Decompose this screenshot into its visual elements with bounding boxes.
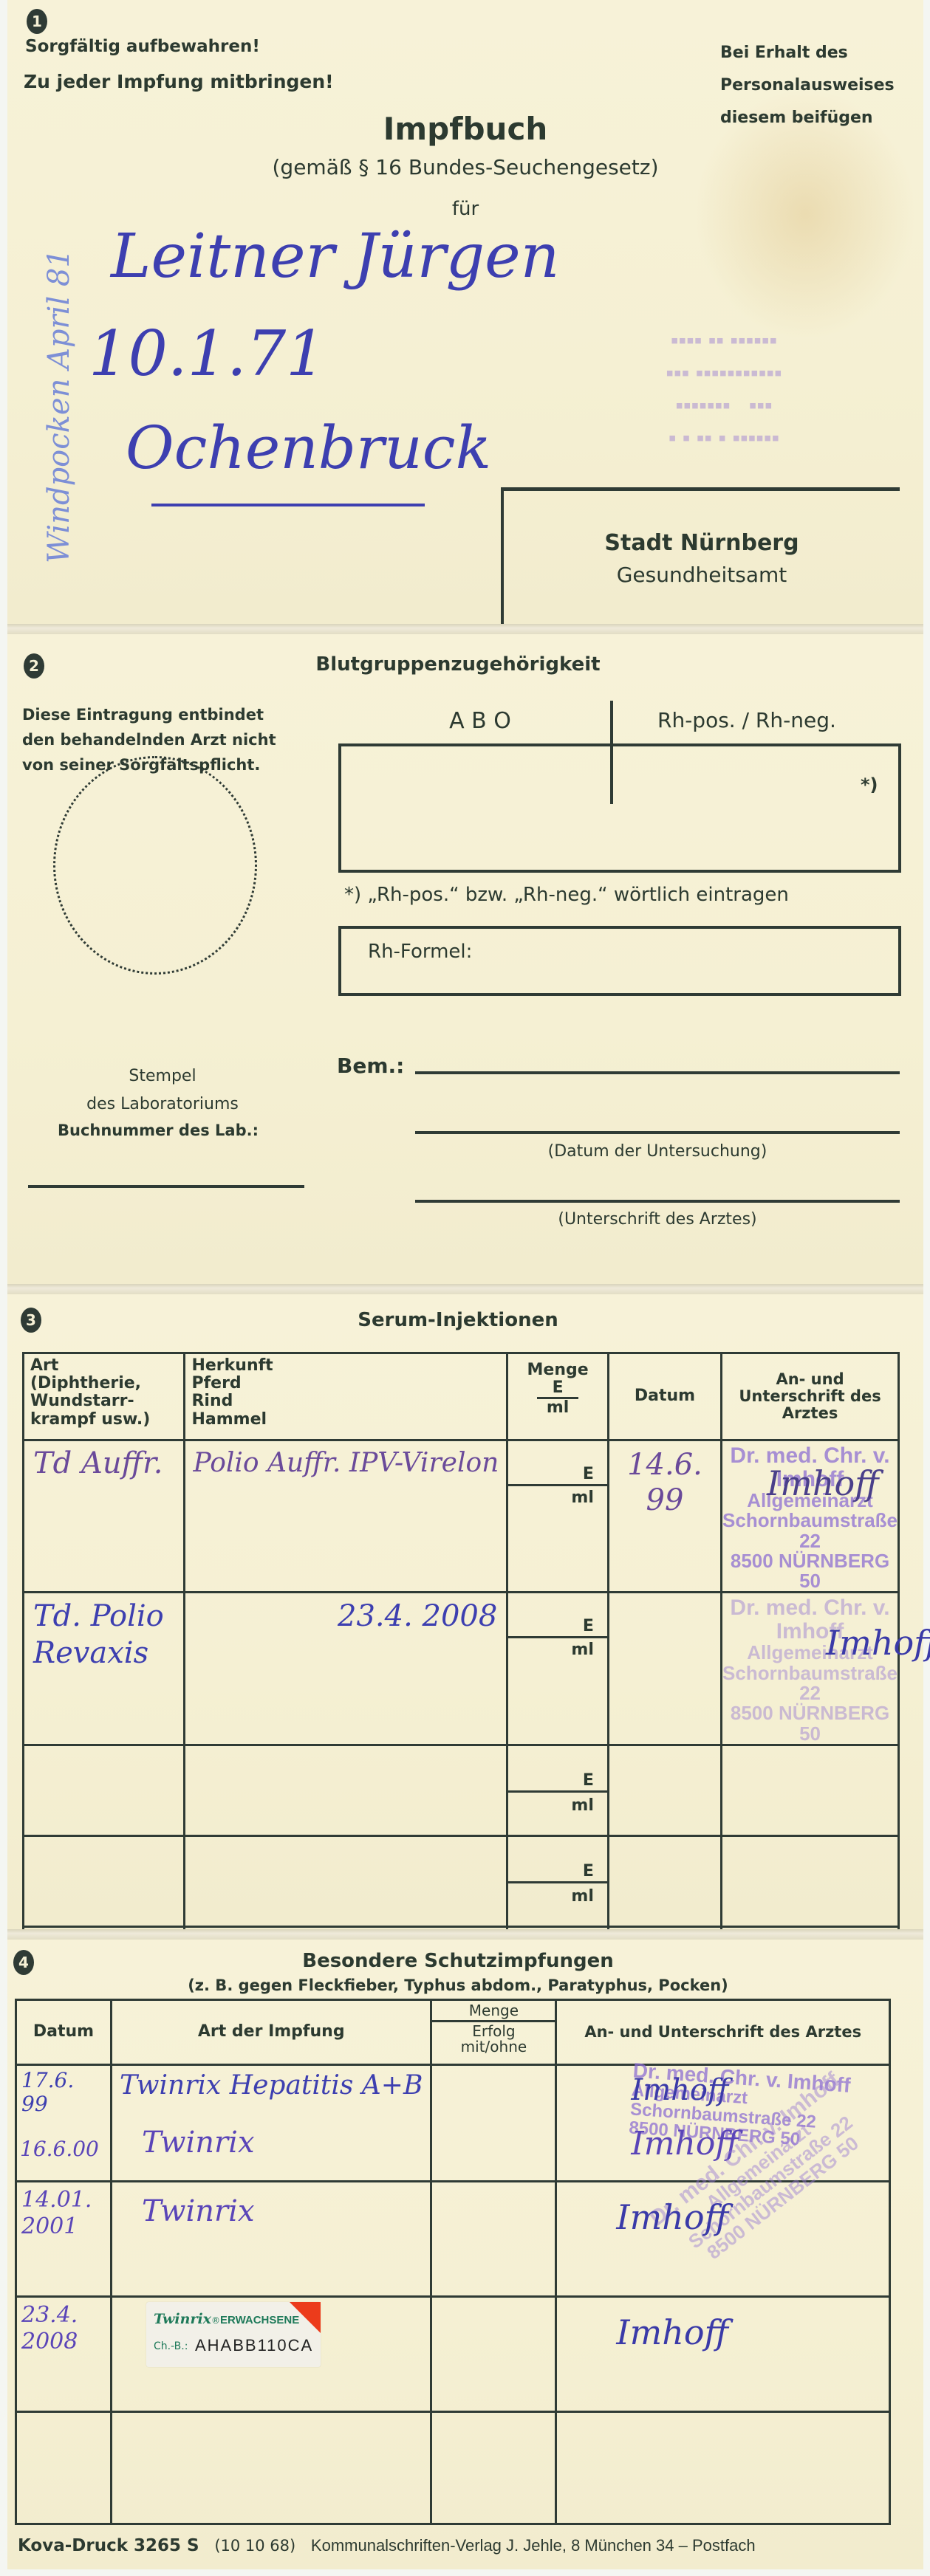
doctor-stamp: Dr. med. Chr. v. Imhoff Allgemeinarzt Sc… — [722, 1593, 897, 1743]
id-card-note-line: Bei Erhalt des — [720, 37, 895, 69]
id-card-note-line: Personalausweises — [720, 69, 895, 102]
label-batch-number: AHABB110CA — [195, 2336, 313, 2355]
label-batch-caption: Ch.-B.: — [154, 2340, 188, 2352]
cell-datum[interactable]: 23.4. 2008 — [16, 2297, 112, 2412]
keep-safe-notice: Sorgfältig aufbewahren! — [25, 37, 260, 56]
section-title: Blutgruppenzugehörigkeit — [288, 653, 628, 676]
abo-label: A B O — [406, 708, 554, 734]
doctor-signature: Imhoff — [616, 2197, 728, 2237]
doctor-signature: Imhoff — [826, 1623, 930, 1663]
label-brand: Twinrix — [154, 2311, 211, 2327]
table-row: E ml — [24, 1745, 899, 1835]
section-title: Serum-Injektionen — [288, 1309, 628, 1331]
rh-label: Rh-pos. / Rh-neg. — [657, 708, 836, 732]
bring-along-notice: Zu jeder Impfung mitbringen! — [24, 71, 334, 92]
stamp-line: 8500 NÜRNBERG 50 — [722, 1551, 897, 1592]
cell-datum[interactable] — [16, 2412, 112, 2524]
fold-line — [7, 624, 923, 634]
rh-formula-label: Rh-Formel: — [368, 941, 472, 963]
unit-ml: ml — [571, 1887, 593, 1906]
doctor-signature: Imhoff — [767, 1463, 879, 1503]
holder-name: Leitner Jürgen — [111, 221, 559, 292]
table-row: 14.01. 2001 Twinrix Dr. med. Chr. v. Imh… — [16, 2182, 890, 2297]
art-value-2: Twinrix — [112, 2105, 430, 2160]
cell-erfolg[interactable] — [431, 2065, 556, 2182]
edition-date: (10 10 68) — [214, 2537, 295, 2555]
vaccination-booklet: 1 Sorgfältig aufbewahren! Zu jeder Impfu… — [7, 0, 923, 2569]
remarks-label: Bem.: — [337, 1054, 404, 1078]
doctor-signature-line[interactable] — [415, 1200, 900, 1203]
lab-number-line[interactable] — [28, 1185, 304, 1188]
cell-datum[interactable] — [608, 1745, 721, 1835]
art-value: Td Auffr. — [24, 1441, 183, 1486]
lab-stamp-label-line: Stempel — [22, 1062, 303, 1090]
cell-arzt[interactable]: Dr. med. Chr. v. Imhoff Allgemeinarzt Sc… — [722, 1440, 899, 1593]
authority-city: Stadt Nürnberg — [524, 530, 879, 556]
stamp-line: Schornbaumstraße 22 — [722, 1511, 897, 1551]
cell-art[interactable] — [24, 1835, 185, 1926]
section-cover: 1 Sorgfältig aufbewahren! Zu jeder Impfu… — [7, 0, 923, 624]
section-serum-injections: 3 Serum-Injektionen Art (Diphtherie, Wun… — [7, 1294, 923, 1929]
cell-herkunft[interactable] — [185, 1835, 507, 1926]
cell-menge[interactable]: E ml — [507, 1440, 609, 1593]
label-product: Twinrix®ERWACHSENE — [154, 2311, 299, 2327]
header-menge-ml: ml — [508, 1399, 607, 1417]
id-card-note-line: diesem beifügen — [720, 102, 895, 134]
header-menge: Menge E ml — [507, 1353, 609, 1440]
side-note-chickenpox: Windpocken April 81 — [42, 238, 76, 563]
stamp-line: Schornbaumstraße 22 — [722, 1663, 897, 1704]
section-number-badge: 4 — [13, 1950, 34, 1975]
cell-art[interactable]: Td. Polio Revaxis — [24, 1593, 185, 1745]
menge-divider — [508, 1636, 607, 1638]
rh-asterisk: *) — [861, 774, 878, 795]
table-header-row: Art (Diphtherie, Wundstarr- krampf usw.)… — [24, 1353, 899, 1440]
authority-box-left — [501, 487, 504, 624]
cell-datum[interactable] — [608, 1593, 721, 1745]
cell-arzt[interactable]: Imhoff — [556, 2297, 890, 2412]
cell-erfolg[interactable] — [431, 2297, 556, 2412]
cell-arzt[interactable] — [556, 2412, 890, 2524]
unit-e: E — [583, 1862, 594, 1881]
lab-stamp-label-line: des Laboratoriums — [22, 1090, 303, 1119]
exam-date-line[interactable] — [415, 1131, 900, 1134]
cell-datum[interactable]: 14.6. 99 — [608, 1440, 721, 1593]
label-variant: ERWACHSENE — [220, 2314, 299, 2326]
herkunft-value: Polio Auffr. IPV-Virelon — [185, 1441, 506, 1486]
header-art: Art der Impfung — [112, 2000, 431, 2065]
herkunft-value: 23.4. 2008 — [185, 1593, 506, 1639]
doctor-signature-caption: (Unterschrift des Arztes) — [415, 1210, 900, 1229]
cell-art[interactable]: Twinrix Hepatitis A+B Twinrix — [112, 2065, 431, 2182]
datum-value: 17.6. 99 — [17, 2066, 110, 2119]
cell-art[interactable]: Twinrix — [112, 2182, 431, 2297]
cell-menge[interactable]: E ml — [507, 1835, 609, 1926]
document-title: Impfbuch — [303, 111, 628, 147]
cell-herkunft[interactable]: 23.4. 2008 — [185, 1593, 507, 1745]
cell-art[interactable] — [24, 1745, 185, 1835]
cell-arzt[interactable] — [722, 1835, 899, 1926]
doctor-signature: Imhoff — [631, 2073, 728, 2107]
header-menge-erfolg: Menge Erfolg mit/ohne — [431, 2000, 556, 2065]
header-arzt: An- und Unterschrift des Arztes — [722, 1353, 899, 1440]
cell-datum[interactable]: 14.01. 2001 — [16, 2182, 112, 2297]
table-row — [16, 2412, 890, 2524]
section-title: Besondere Schutzimpfungen — [229, 1950, 687, 1972]
faded-stamp: ▪▪▪▪ ▪▪ ▪▪▪▪▪▪▪▪▪ ▪▪▪▪▪▪▪▪▪▪▪▪▪▪▪▪▪▪ ▪▪▪… — [539, 325, 909, 455]
cell-datum[interactable] — [608, 1835, 721, 1926]
cell-herkunft[interactable] — [185, 1745, 507, 1835]
menge-divider — [508, 1484, 607, 1486]
header-arzt: An- und Unterschrift des Arztes — [556, 2000, 890, 2065]
holder-birthdate: 10.1.71 — [89, 317, 326, 390]
table-header-row: Datum Art der Impfung Menge Erfolg mit/o… — [16, 2000, 890, 2065]
art-value: Twinrix Hepatitis A+B — [112, 2066, 430, 2105]
header-datum: Datum — [608, 1353, 721, 1440]
header-erfolg: Erfolg mit/ohne — [432, 2022, 555, 2055]
datum-value: 14.6. 99 — [609, 1441, 720, 1524]
section-number-badge: 1 — [27, 9, 47, 34]
document-subtitle: (gemäß § 16 Bundes-Seuchengesetz) — [229, 155, 702, 179]
doctor-signature: Imhoff — [616, 2312, 728, 2352]
cell-arzt[interactable]: Dr. med. Chr. v. Imhoff Allgemeinarzt Sc… — [556, 2182, 890, 2297]
table-row: E ml — [24, 1835, 899, 1926]
cell-herkunft[interactable]: Polio Auffr. IPV-Virelon — [185, 1440, 507, 1593]
print-footer: Kova-Druck 3265 S (10 10 68) Kommunalsch… — [18, 2536, 756, 2555]
lab-stamp-label: Stempel des Laboratoriums — [22, 1062, 303, 1119]
id-card-note: Bei Erhalt des Personalausweises diesem … — [720, 37, 895, 134]
datum-value: 14.01. 2001 — [17, 2182, 110, 2244]
vaccination-table: Datum Art der Impfung Menge Erfolg mit/o… — [15, 1999, 891, 2525]
cell-menge[interactable]: E ml — [507, 1745, 609, 1835]
printer-code: Kova-Druck 3265 S — [18, 2536, 199, 2555]
for-label: für — [421, 198, 510, 220]
blood-group-field[interactable] — [338, 743, 901, 873]
datum-value-2: 16.6.00 — [17, 2119, 110, 2161]
name-underline — [151, 504, 425, 506]
disclaimer-line: den behandelnden Arzt nicht — [22, 727, 276, 752]
cell-erfolg[interactable] — [431, 2412, 556, 2524]
header-menge-e: E — [537, 1379, 578, 1399]
serum-table: Art (Diphtherie, Wundstarr- krampf usw.)… — [22, 1352, 900, 2019]
section-number-badge: 2 — [24, 653, 44, 679]
holder-place: Ochenbruck — [126, 413, 491, 482]
table-row: Td. Polio Revaxis 23.4. 2008 E ml Dr. me… — [24, 1593, 899, 1745]
header-art: Art (Diphtherie, Wundstarr- krampf usw.) — [24, 1353, 185, 1440]
disclaimer-line: Diese Eintragung entbindet — [22, 702, 276, 727]
table-row: 23.4. 2008 Twinrix®ERWACHSENE Ch.-B.: AH… — [16, 2297, 890, 2412]
cell-datum[interactable]: 17.6. 99 16.6.00 — [16, 2065, 112, 2182]
cell-art[interactable]: Twinrix®ERWACHSENE Ch.-B.: AHABB110CA — [112, 2297, 431, 2412]
authority-office: Gesundheitsamt — [524, 563, 879, 587]
cell-arzt[interactable] — [722, 1745, 899, 1835]
unit-ml: ml — [571, 1796, 593, 1815]
unit-ml: ml — [571, 1488, 593, 1507]
datum-value: 23.4. 2008 — [17, 2298, 110, 2360]
cell-erfolg[interactable] — [431, 2182, 556, 2297]
unit-ml: ml — [571, 1641, 593, 1659]
fold-line — [7, 1929, 923, 1940]
cell-menge[interactable]: E ml — [507, 1593, 609, 1745]
section-special-vaccinations: 4 Besondere Schutzimpfungen (z. B. gegen… — [7, 1940, 923, 2569]
art-value: Twinrix — [112, 2182, 430, 2240]
art-value: Td. Polio Revaxis — [24, 1593, 183, 1676]
header-herkunft: Herkunft Pferd Rind Hammel — [185, 1353, 507, 1440]
menge-divider — [508, 1790, 607, 1793]
remarks-line[interactable] — [415, 1071, 900, 1074]
publisher-info: Kommunalschriften-Verlag J. Jehle, 8 Mün… — [311, 2536, 756, 2555]
section-blood-group: 2 Blutgruppenzugehörigkeit Diese Eintrag… — [7, 634, 923, 1284]
section-number-badge: 3 — [21, 1308, 41, 1333]
cell-art[interactable] — [112, 2412, 431, 2524]
exam-date-caption: (Datum der Untersuchung) — [415, 1142, 900, 1161]
authority-box-top — [501, 487, 900, 491]
vaccine-batch-label: Twinrix®ERWACHSENE Ch.-B.: AHABB110CA — [146, 2302, 321, 2367]
label-registered: ® — [211, 2315, 220, 2326]
lab-stamp-area — [53, 756, 257, 975]
unit-e: E — [583, 1617, 594, 1635]
lab-number-label: Buchnummer des Lab.: — [58, 1122, 259, 1139]
fold-line — [7, 1284, 923, 1294]
rh-footnote: *) „Rh-pos.“ bzw. „Rh-neg.“ wörtlich ein… — [344, 884, 789, 906]
unit-e: E — [583, 1771, 594, 1790]
section-subtitle: (z. B. gegen Fleckfieber, Typhus abdom.,… — [111, 1976, 805, 1994]
table-row: Td Auffr. Polio Auffr. IPV-Virelon E ml … — [24, 1440, 899, 1593]
stamp-line: 8500 NÜRNBERG 50 — [722, 1703, 897, 1744]
header-menge-label: Menge — [508, 1361, 607, 1379]
menge-divider — [508, 1881, 607, 1883]
header-menge: Menge — [432, 2001, 555, 2022]
cell-art[interactable]: Td Auffr. — [24, 1440, 185, 1593]
header-datum: Datum — [16, 2000, 112, 2065]
unit-e: E — [583, 1465, 594, 1483]
cell-arzt[interactable]: Dr. med. Chr. v. Imhoff Allgemeinarzt Sc… — [722, 1593, 899, 1745]
